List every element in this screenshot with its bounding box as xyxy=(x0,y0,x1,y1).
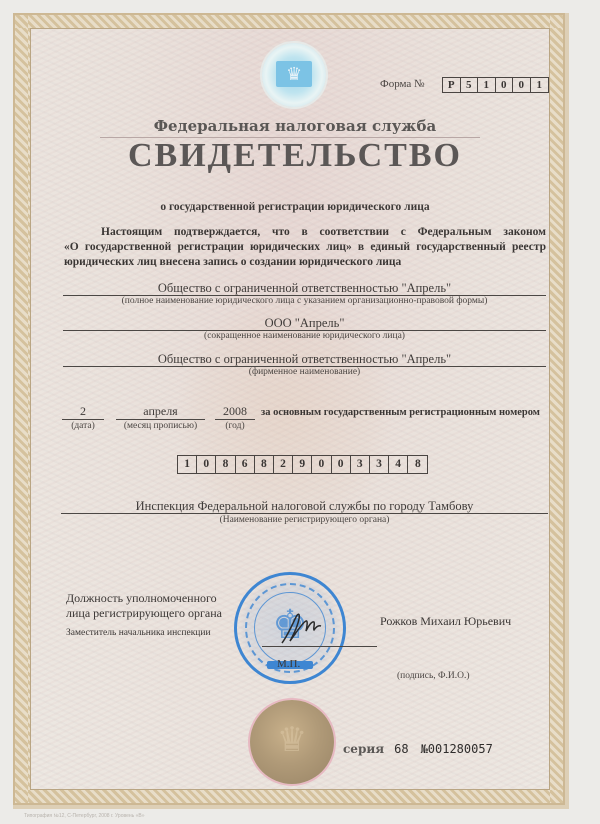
series-label: серия xyxy=(343,742,384,756)
form-code-digit: 1 xyxy=(531,78,549,92)
ogrn-digit: 9 xyxy=(293,456,312,473)
gold-seal-icon: ♛ xyxy=(250,700,334,784)
authority-value: Инспекция Федеральной налоговой службы п… xyxy=(63,499,546,514)
ogrn-digit: 2 xyxy=(274,456,293,473)
intro-line-3: юридических лиц внесена запись о создани… xyxy=(64,255,546,270)
form-code-digit: 1 xyxy=(478,78,496,92)
authority-line xyxy=(61,513,548,514)
authority-caption: (Наименование регистрирующего органа) xyxy=(63,515,546,525)
ogrn-digit: 3 xyxy=(370,456,389,473)
date-day: 2 xyxy=(62,404,104,419)
intro-line-2: «О государственной регистрации юридическ… xyxy=(64,240,546,255)
intro-line-1: Настоящим подтверждается, что в соответс… xyxy=(64,225,546,240)
ogrn-boxes: 1086829003348 xyxy=(177,455,428,474)
form-code-boxes: Р51001 xyxy=(442,77,549,93)
form-label: Форма № xyxy=(380,78,425,90)
full-name-value: Общество с ограниченной ответственностью… xyxy=(63,281,546,296)
signature-line xyxy=(262,646,377,647)
ogrn-digit: 0 xyxy=(312,456,331,473)
printer-imprint: Типография №12, С-Петербург, 2008 г. Уро… xyxy=(24,813,145,819)
ogrn-digit: 8 xyxy=(408,456,427,473)
form-code-digit: 0 xyxy=(513,78,531,92)
date-month-caption: (месяц прописью) xyxy=(116,421,205,431)
position-label-line-2: лица регистрирующего органа xyxy=(66,606,222,621)
date-day-caption: (дата) xyxy=(62,421,104,431)
form-code-digit: Р xyxy=(443,78,461,92)
date-month: апреля xyxy=(116,404,205,419)
agency-name: Федеральная налоговая служба xyxy=(60,117,530,135)
date-year-line xyxy=(215,419,255,420)
serial-number: серия68№001280057 xyxy=(343,742,493,756)
signer-caption: (подпись, Ф.И.О.) xyxy=(397,671,470,681)
certificate-number: №001280057 xyxy=(421,742,493,756)
ogrn-digit: 0 xyxy=(332,456,351,473)
intro-paragraph: Настоящим подтверждается, что в соответс… xyxy=(64,225,546,270)
document-subtitle: о государственной регистрации юридическо… xyxy=(60,201,530,213)
ogrn-digit: 1 xyxy=(178,456,197,473)
brand-name-caption: (фирменное наименование) xyxy=(63,367,546,377)
ogrn-digit: 4 xyxy=(389,456,408,473)
registration-number-label: за основным государственным регистрацион… xyxy=(261,407,540,418)
signature-icon xyxy=(278,607,328,647)
ogrn-digit: 0 xyxy=(197,456,216,473)
form-code-digit: 5 xyxy=(461,78,479,92)
position-value: Заместитель начальника инспекции xyxy=(66,628,211,638)
ogrn-digit: 8 xyxy=(255,456,274,473)
full-name-caption: (полное наименование юридического лица с… xyxy=(63,296,546,306)
hologram-icon: ♛ xyxy=(262,43,326,107)
date-day-line xyxy=(62,419,104,420)
document-title: СВИДЕТЕЛЬСТВО xyxy=(60,137,530,175)
position-label-line-1: Должность уполномоченного xyxy=(66,591,222,606)
brand-name-value: Общество с ограниченной ответственностью… xyxy=(63,352,546,367)
ogrn-digit: 3 xyxy=(351,456,370,473)
mp-label: М.П. xyxy=(277,658,300,670)
signer-name: Рожков Михаил Юрьевич xyxy=(380,614,511,629)
series-value: 68 xyxy=(394,742,408,756)
ogrn-digit: 8 xyxy=(216,456,235,473)
short-name-caption: (сокращенное наименование юридического л… xyxy=(63,331,546,341)
ogrn-digit: 6 xyxy=(236,456,255,473)
date-year-caption: (год) xyxy=(215,421,255,431)
date-month-line xyxy=(116,419,205,420)
date-year: 2008 xyxy=(215,404,255,419)
position-label: Должность уполномоченного лица регистрир… xyxy=(66,591,222,621)
short-name-value: ООО "Апрель" xyxy=(63,316,546,331)
form-code-digit: 0 xyxy=(496,78,514,92)
